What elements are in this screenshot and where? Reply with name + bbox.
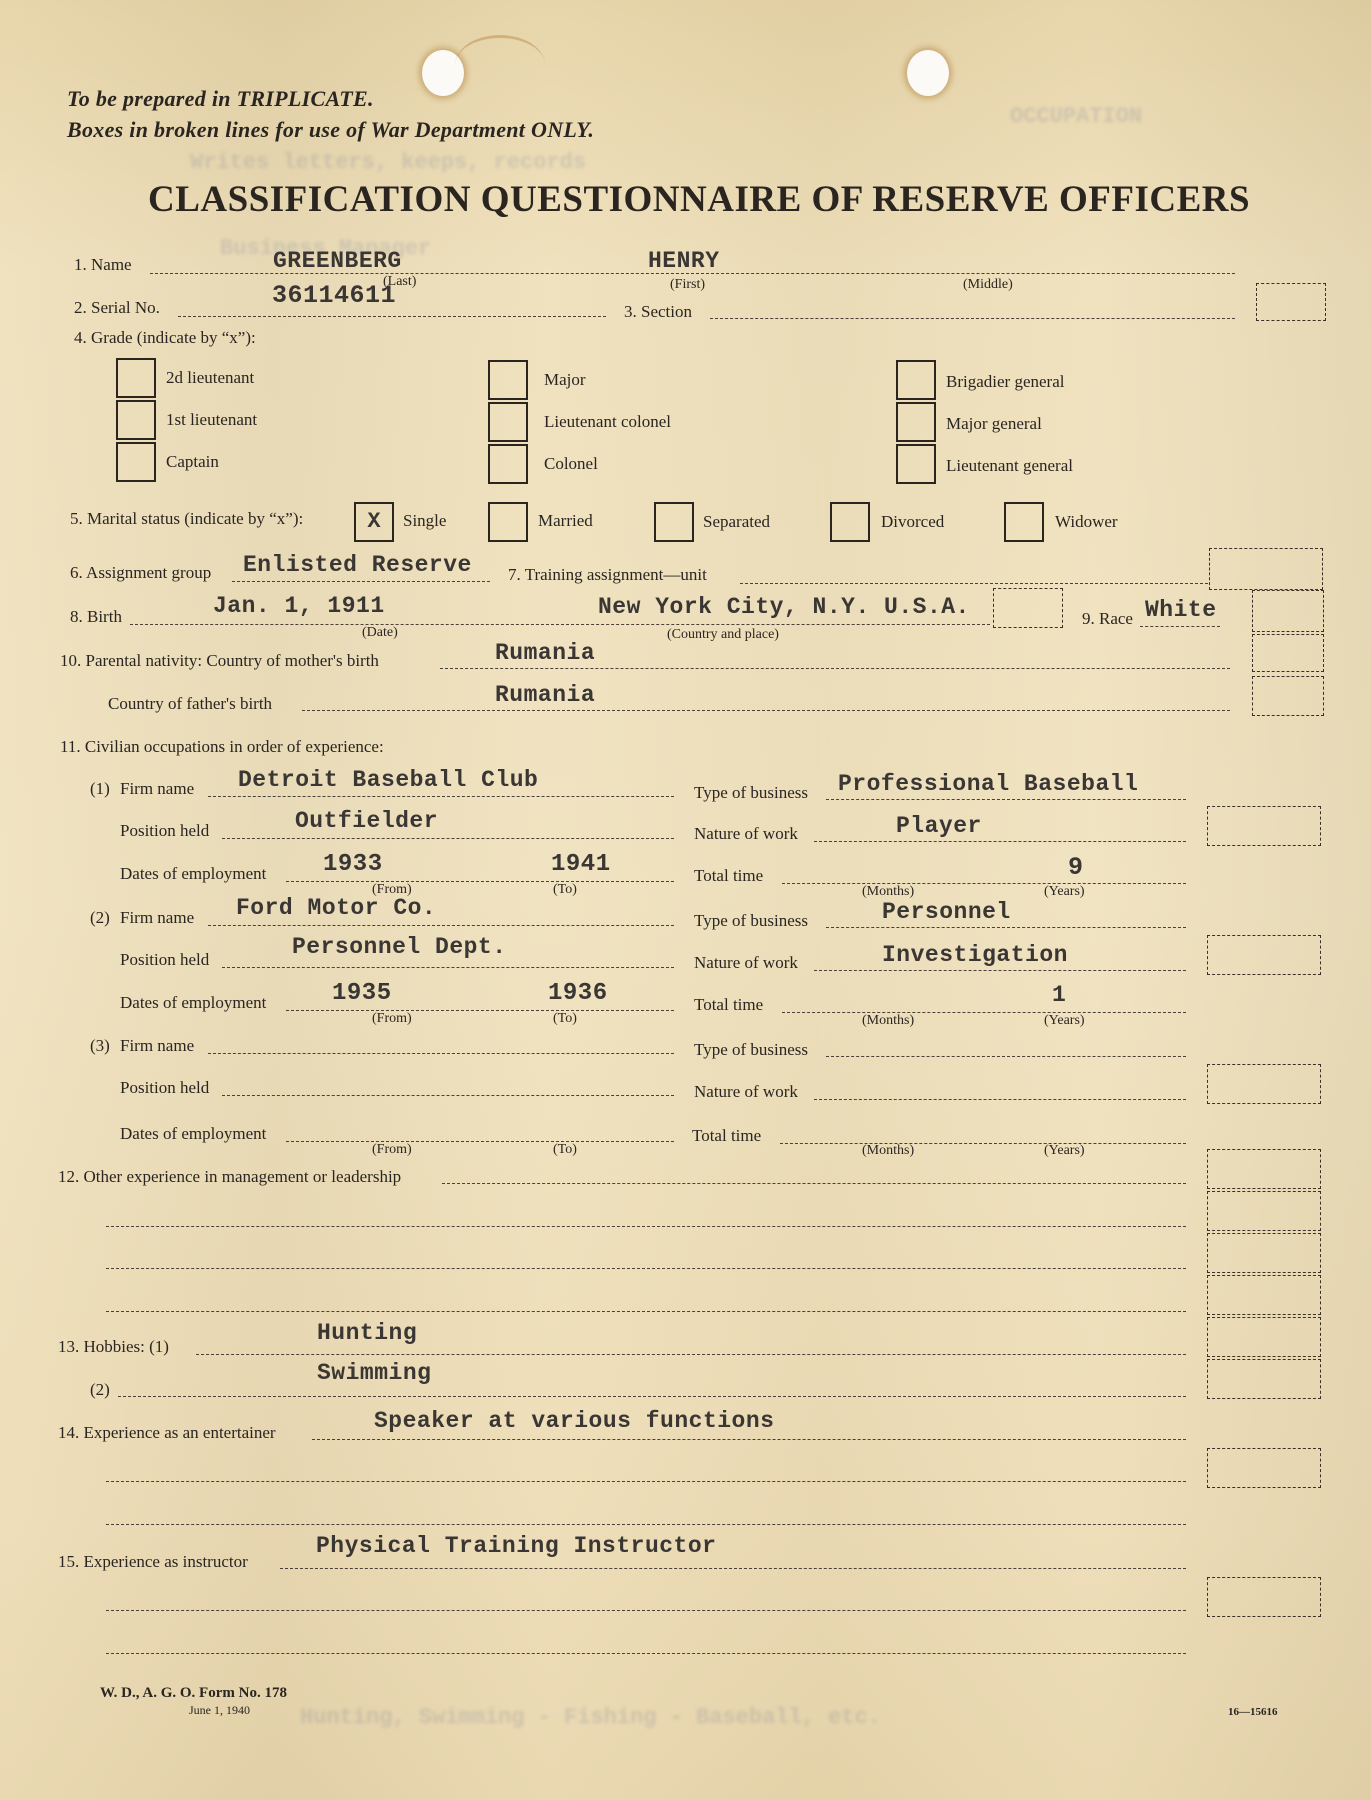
months-caption: (Months) (862, 1013, 914, 1029)
firm-name-label: Firm name (120, 908, 194, 928)
type-business-field[interactable]: Professional Baseball (838, 771, 1138, 797)
position-field[interactable]: Outfielder (295, 808, 438, 834)
position-field[interactable]: Personnel Dept. (292, 934, 507, 960)
firm-name-field[interactable]: Detroit Baseball Club (238, 767, 538, 793)
grade-option-label: Major (544, 370, 586, 390)
serial-label: 2. Serial No. (74, 298, 160, 318)
bleed-through-text: Writes letters, keeps, records (190, 150, 586, 175)
position-label: Position held (120, 950, 209, 970)
date-from-field[interactable]: 1933 (323, 851, 383, 878)
grade-checkbox[interactable] (488, 360, 528, 400)
management-line[interactable] (442, 1183, 1186, 1184)
firm-name-line (208, 925, 674, 926)
grade-option-label: 2d lieutenant (166, 368, 254, 388)
race-line (1140, 626, 1220, 627)
war-dept-box (1207, 1275, 1321, 1315)
months-caption: (Months) (862, 1143, 914, 1159)
marital-label: 5. Marital status (indicate by “x”): (70, 509, 303, 529)
birth-line (130, 624, 990, 625)
dates-line (286, 1010, 674, 1011)
grade-option-label: Brigadier general (946, 372, 1064, 392)
war-dept-box (1252, 634, 1324, 672)
job-number: (3) (90, 1036, 110, 1056)
hobby-2-field[interactable]: Swimming (317, 1360, 431, 1386)
to-caption: (To) (553, 1011, 577, 1027)
serial-line (178, 316, 606, 317)
total-time-label: Total time (694, 995, 763, 1015)
nature-work-field[interactable]: Investigation (882, 942, 1068, 968)
nature-work-line (814, 970, 1186, 971)
war-dept-box (993, 588, 1063, 628)
grade-option-label: Lieutenant colonel (544, 412, 671, 432)
dates-label: Dates of employment (120, 993, 266, 1013)
war-dept-box (1252, 590, 1324, 632)
instructor-line (280, 1568, 1186, 1569)
marital-option-label: Divorced (881, 512, 944, 532)
marital-option-label: Single (403, 511, 446, 531)
marital-option-label: Separated (703, 512, 770, 532)
war-dept-box (1207, 1233, 1321, 1273)
war-dept-box (1207, 935, 1321, 975)
birth-place-field[interactable]: New York City, N.Y. U.S.A. (598, 594, 970, 620)
grade-option-label: 1st lieutenant (166, 410, 257, 430)
grade-option-label: Colonel (544, 454, 598, 474)
assignment-group-label: 6. Assignment group (70, 563, 211, 583)
name-label: 1. Name (74, 255, 132, 275)
dates-label: Dates of employment (120, 864, 266, 884)
firm-name-label: Firm name (120, 779, 194, 799)
type-business-label: Type of business (694, 783, 808, 803)
war-dept-box (1207, 1317, 1321, 1357)
punch-hole (907, 50, 949, 96)
nature-work-line[interactable] (814, 1099, 1186, 1100)
grade-option-label: Lieutenant general (946, 456, 1073, 476)
type-business-line (826, 927, 1186, 928)
date-caption: (Date) (362, 625, 398, 641)
firm-name-line (208, 796, 674, 797)
hobby-2-line (118, 1396, 1186, 1397)
dates-label: Dates of employment (120, 1124, 266, 1144)
war-dept-box (1207, 1448, 1321, 1488)
from-caption: (From) (372, 1142, 412, 1158)
grade-checkbox[interactable] (896, 360, 936, 400)
civilian-occupations-label: 11. Civilian occupations in order of exp… (60, 737, 384, 757)
firm-name-field[interactable]: Ford Motor Co. (236, 895, 436, 921)
date-to-field[interactable]: 1936 (548, 980, 608, 1007)
war-dept-box (1207, 1359, 1321, 1399)
entertainer-field[interactable]: Speaker at various functions (374, 1408, 774, 1434)
grade-checkbox[interactable] (488, 402, 528, 442)
instructor-line[interactable] (106, 1653, 1186, 1654)
marital-option-label: Married (538, 511, 593, 531)
marital-option-label: Widower (1055, 512, 1118, 532)
grade-checkbox[interactable] (116, 358, 156, 398)
section-line[interactable] (710, 318, 1235, 319)
war-dept-box (1252, 676, 1324, 716)
position-line (222, 967, 674, 968)
nature-work-line (814, 841, 1186, 842)
training-assignment-line[interactable] (740, 583, 1208, 584)
total-time-line[interactable] (780, 1143, 1186, 1144)
hobbies-label: 13. Hobbies: (1) (58, 1337, 169, 1357)
mother-birth-line (440, 668, 1230, 669)
marital-checkbox-widower[interactable] (1004, 502, 1044, 542)
war-dept-box (1256, 283, 1326, 321)
war-dept-box (1209, 548, 1323, 590)
management-line[interactable] (106, 1268, 1186, 1269)
father-birth-label: Country of father's birth (108, 694, 272, 714)
marital-checkbox-divorced[interactable] (830, 502, 870, 542)
mother-birth-label: 10. Parental nativity: Country of mother… (60, 651, 379, 671)
nature-work-label: Nature of work (694, 953, 798, 973)
position-line (222, 838, 674, 839)
war-dept-box (1207, 1577, 1321, 1617)
war-dept-box (1207, 1064, 1321, 1104)
total-time-label: Total time (694, 866, 763, 886)
assignment-group-line (232, 581, 490, 582)
instructor-field[interactable]: Physical Training Instructor (316, 1533, 716, 1559)
from-caption: (From) (372, 1011, 412, 1027)
grade-checkbox[interactable] (896, 402, 936, 442)
nature-work-field[interactable]: Player (896, 813, 982, 839)
grade-option-label: Captain (166, 452, 219, 472)
nature-work-label: Nature of work (694, 1082, 798, 1102)
war-dept-box (1207, 1149, 1321, 1189)
type-business-field[interactable]: Personnel (882, 899, 1011, 925)
war-dept-box (1207, 1191, 1321, 1231)
stain-mark (455, 35, 545, 95)
instructor-line[interactable] (106, 1610, 1186, 1611)
management-line[interactable] (106, 1311, 1186, 1312)
instruction-war-dept: Boxes in broken lines for use of War Dep… (67, 117, 594, 143)
middle-caption: (Middle) (963, 277, 1013, 293)
entertainer-line[interactable] (106, 1481, 1186, 1482)
form-number: W. D., A. G. O. Form No. 178 (100, 1685, 287, 1702)
first-caption: (First) (670, 277, 705, 293)
management-line[interactable] (106, 1226, 1186, 1227)
marital-checkbox-single[interactable]: X (354, 502, 394, 542)
grade-option-label: Major general (946, 414, 1042, 434)
grade-checkbox[interactable] (116, 442, 156, 482)
grade-checkbox[interactable] (488, 444, 528, 484)
serial-number-field[interactable]: 36114611 (272, 281, 396, 310)
father-birth-line (302, 710, 1230, 711)
entertainer-label: 14. Experience as an entertainer (58, 1423, 276, 1443)
mother-birth-field[interactable]: Rumania (495, 640, 595, 666)
hobby-1-field[interactable]: Hunting (317, 1320, 417, 1346)
position-line[interactable] (222, 1095, 674, 1096)
firm-name-label: Firm name (120, 1036, 194, 1056)
grade-checkbox[interactable] (116, 400, 156, 440)
hobby-2-label: (2) (90, 1380, 110, 1400)
race-label: 9. Race (1082, 609, 1133, 629)
nature-work-label: Nature of work (694, 824, 798, 844)
first-name-field[interactable]: HENRY (648, 248, 720, 274)
training-assignment-label: 7. Training assignment—unit (508, 565, 707, 585)
total-time-line (782, 1012, 1186, 1013)
place-caption: (Country and place) (667, 627, 779, 643)
date-to-field[interactable]: 1941 (551, 851, 611, 878)
total-years-field[interactable]: 1 (1052, 982, 1066, 1008)
dates-line[interactable] (286, 1141, 674, 1142)
instruction-triplicate: To be prepared in TRIPLICATE. (67, 86, 374, 112)
to-caption: (To) (553, 882, 577, 898)
instructor-label: 15. Experience as instructor (58, 1552, 248, 1572)
type-business-line[interactable] (826, 1056, 1186, 1057)
bleed-through-text: Hunting, Swimming - Fishing - Baseball, … (300, 1705, 881, 1730)
bleed-through-text: OCCUPATION (1010, 104, 1142, 129)
firm-name-line[interactable] (208, 1053, 674, 1054)
management-experience-label: 12. Other experience in management or le… (58, 1167, 401, 1187)
job-number: (1) (90, 779, 110, 799)
grade-checkbox[interactable] (896, 444, 936, 484)
job-number: (2) (90, 908, 110, 928)
war-dept-box (1207, 806, 1321, 846)
position-label: Position held (120, 821, 209, 841)
assignment-group-field[interactable]: Enlisted Reserve (243, 552, 472, 578)
race-field[interactable]: White (1145, 597, 1217, 623)
form-date: June 1, 1940 (189, 1703, 250, 1718)
position-label: Position held (120, 1078, 209, 1098)
dates-line (286, 881, 674, 882)
father-birth-field[interactable]: Rumania (495, 682, 595, 708)
hobby-1-line (196, 1354, 1186, 1355)
marital-checkbox-separated[interactable] (654, 502, 694, 542)
marital-checkbox-married[interactable] (488, 502, 528, 542)
years-caption: (Years) (1044, 1013, 1085, 1029)
months-caption: (Months) (862, 884, 914, 900)
entertainer-line[interactable] (106, 1524, 1186, 1525)
type-business-line (826, 799, 1186, 800)
type-business-label: Type of business (694, 1040, 808, 1060)
date-from-field[interactable]: 1935 (332, 980, 392, 1007)
total-time-label: Total time (692, 1126, 761, 1146)
print-number: 16—15616 (1228, 1706, 1278, 1718)
last-name-field[interactable]: GREENBERG (273, 248, 402, 274)
form-title: CLASSIFICATION QUESTIONNAIRE OF RESERVE … (148, 178, 1250, 221)
grade-label: 4. Grade (indicate by “x”): (74, 328, 256, 348)
birth-label: 8. Birth (70, 607, 122, 627)
birth-date-field[interactable]: Jan. 1, 1911 (213, 593, 385, 619)
type-business-label: Type of business (694, 911, 808, 931)
years-caption: (Years) (1044, 1143, 1085, 1159)
section-label: 3. Section (624, 302, 692, 322)
years-caption: (Years) (1044, 884, 1085, 900)
total-time-line (782, 883, 1186, 884)
entertainer-line (312, 1439, 1186, 1440)
to-caption: (To) (553, 1142, 577, 1158)
total-years-field[interactable]: 9 (1068, 853, 1084, 882)
